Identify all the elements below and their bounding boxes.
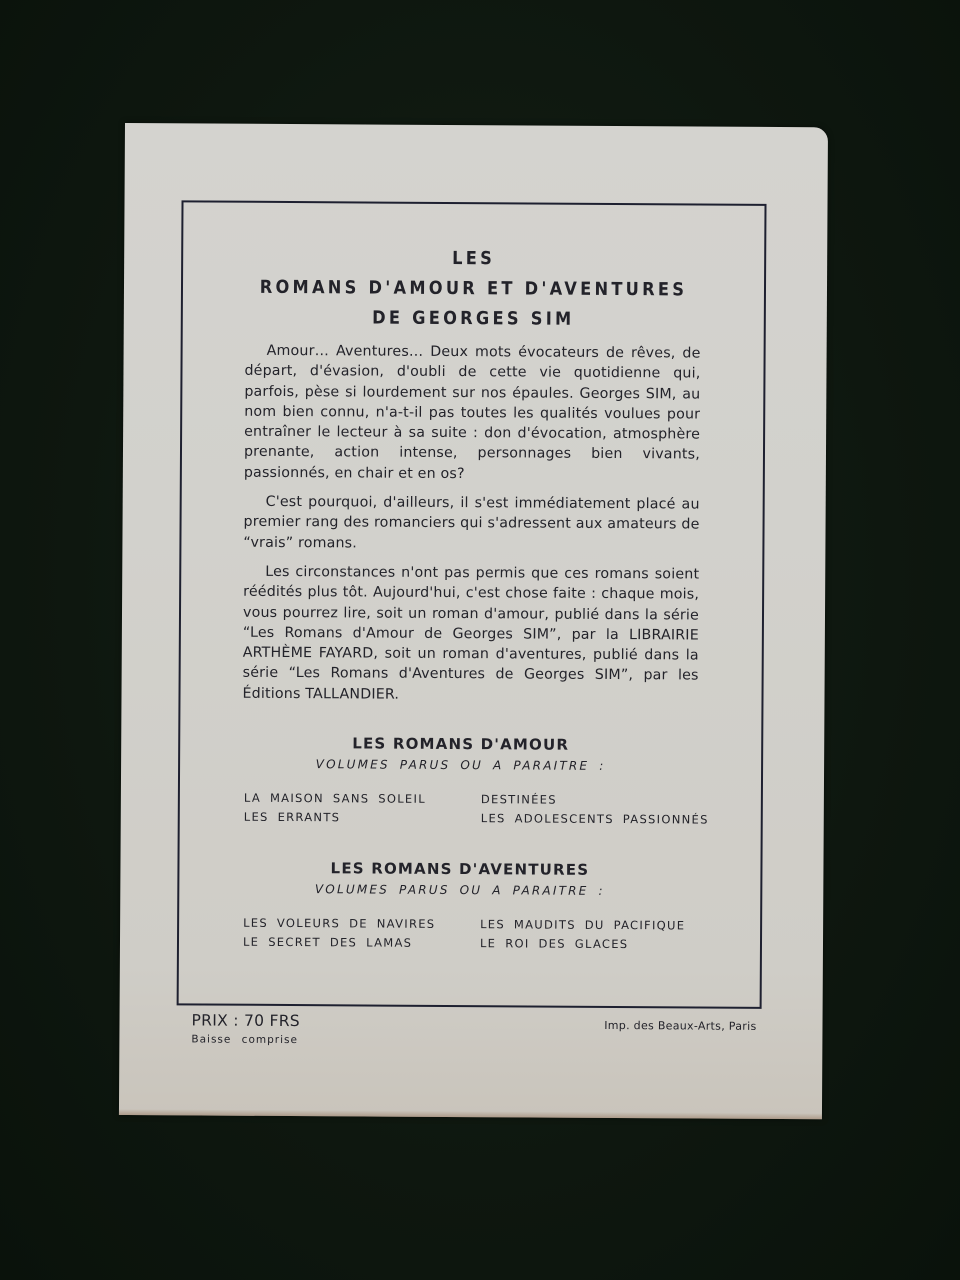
volume-list-amour: LA MAISON SANS SOLEIL DESTINÉES LES ERRA… — [244, 790, 704, 828]
printer-credit: Imp. des Beaux-Arts, Paris — [604, 1019, 756, 1033]
paragraph-1: Amour… Aventures… Deux mots évocateurs d… — [244, 341, 701, 486]
paragraph-2: C'est pourquoi, d'ailleurs, il s'est imm… — [243, 492, 699, 556]
volume-title: LES MAUDITS DU PACIFIQUE — [480, 916, 703, 933]
title-line-2: ROMANS D'AMOUR ET D'AVENTURES — [183, 272, 764, 306]
price-label: PRIX : 70 FRS — [191, 1011, 300, 1030]
title-line-1: LES — [183, 242, 764, 276]
volume-title: LES ADOLESCENTS PASSIONNÉS — [481, 810, 704, 827]
volume-title: LES VOLEURS DE NAVIRES — [243, 915, 480, 932]
volume-title: LA MAISON SANS SOLEIL — [244, 790, 481, 807]
cover-title: LES ROMANS D'AMOUR ET D'AVENTURES DE GEO… — [183, 242, 765, 336]
intro-text: Amour… Aventures… Deux mots évocateurs d… — [242, 341, 700, 716]
section-subheading-aventures: VOLUMES PARUS OU A PARAITRE : — [169, 881, 750, 899]
volume-title: LES ERRANTS — [244, 809, 481, 826]
section-heading-amour: LES ROMANS D'AMOUR — [170, 733, 751, 755]
volume-title: LE SECRET DES LAMAS — [243, 934, 480, 951]
volume-list-aventures: LES VOLEURS DE NAVIRES LES MAUDITS DU PA… — [243, 915, 703, 953]
volume-title: DESTINÉES — [481, 791, 704, 808]
cover-border-frame: LES ROMANS D'AMOUR ET D'AVENTURES DE GEO… — [177, 200, 767, 1009]
title-line-3: DE GEORGES SIM — [183, 302, 764, 336]
paragraph-3: Les circonstances n'ont pas permis que c… — [242, 562, 699, 707]
volume-title: LE ROI DES GLACES — [480, 935, 703, 952]
price-note: Baisse comprise — [191, 1033, 298, 1046]
section-subheading-amour: VOLUMES PARUS OU A PARAITRE : — [170, 756, 751, 774]
section-heading-aventures: LES ROMANS D'AVENTURES — [169, 858, 750, 880]
book-back-cover: LES ROMANS D'AMOUR ET D'AVENTURES DE GEO… — [119, 123, 828, 1119]
